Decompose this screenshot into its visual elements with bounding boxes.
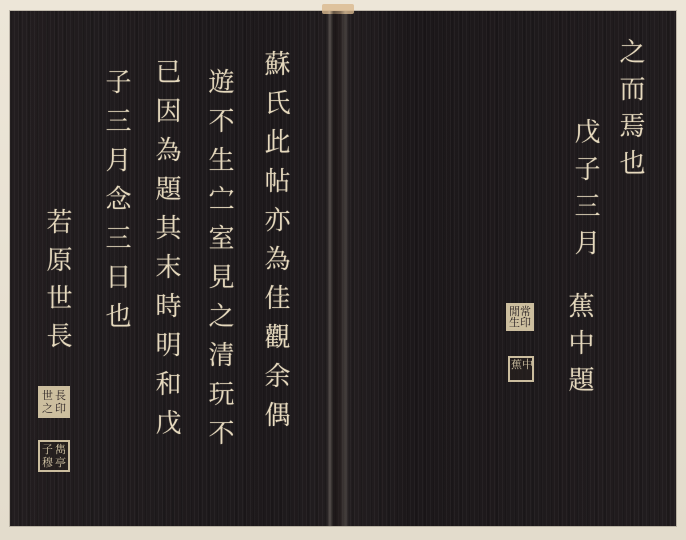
right-seal-2: 蕉 中 bbox=[508, 356, 534, 382]
left-column-1: 蘇氏此帖亦為佳觀余偶 bbox=[262, 50, 288, 440]
right-column-2: 戊子三月 bbox=[572, 118, 598, 266]
left-column-2: 遊不生㝉室見之清玩不 bbox=[206, 68, 232, 458]
right-column-1: 之而焉也 bbox=[617, 38, 643, 186]
right-column-3-signature: 蕉中題 bbox=[566, 292, 592, 403]
left-column-5-signature: 若原世長 bbox=[44, 208, 70, 360]
left-seal-1: 世 長 之 印 bbox=[38, 386, 70, 418]
left-column-3: 已因為題其末時明和戊 bbox=[153, 58, 179, 448]
left-column-4: 子三月念三日也 bbox=[103, 68, 129, 341]
center-fold bbox=[327, 11, 349, 526]
left-seal-2: 子 雋 穆 亭 bbox=[38, 440, 70, 472]
right-seal-1: 閒 常 生 印 bbox=[506, 303, 534, 331]
